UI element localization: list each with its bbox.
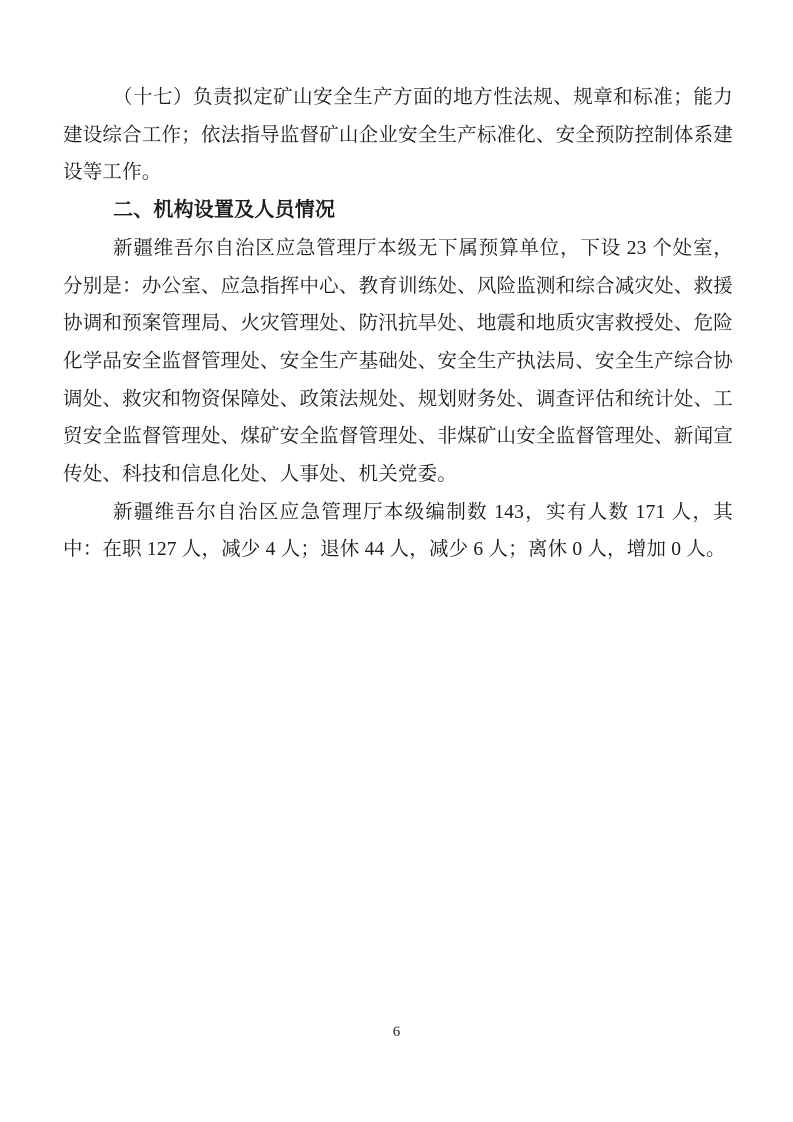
paragraph-staffing-numbers: 新疆维吾尔自治区应急管理厅本级编制数 143，实有人数 171 人，其中：在职 … — [63, 494, 733, 569]
document-page: （十七）负责拟定矿山安全生产方面的地方性法规、规章和标准；能力建设综合工作；依法… — [0, 0, 793, 1122]
paragraph-item-17-mining-safety-duties: （十七）负责拟定矿山安全生产方面的地方性法规、规章和标准；能力建设综合工作；依法… — [63, 79, 733, 192]
paragraph-org-setup-departments: 新疆维吾尔自治区应急管理厅本级无下属预算单位，下设 23 个处室，分别是：办公室… — [63, 230, 733, 494]
document-text-block: （十七）负责拟定矿山安全生产方面的地方性法规、规章和标准；能力建设综合工作；依法… — [63, 79, 733, 569]
section-heading-org-and-staffing: 二、机构设置及人员情况 — [63, 192, 733, 230]
page-number: 6 — [0, 1022, 793, 1042]
